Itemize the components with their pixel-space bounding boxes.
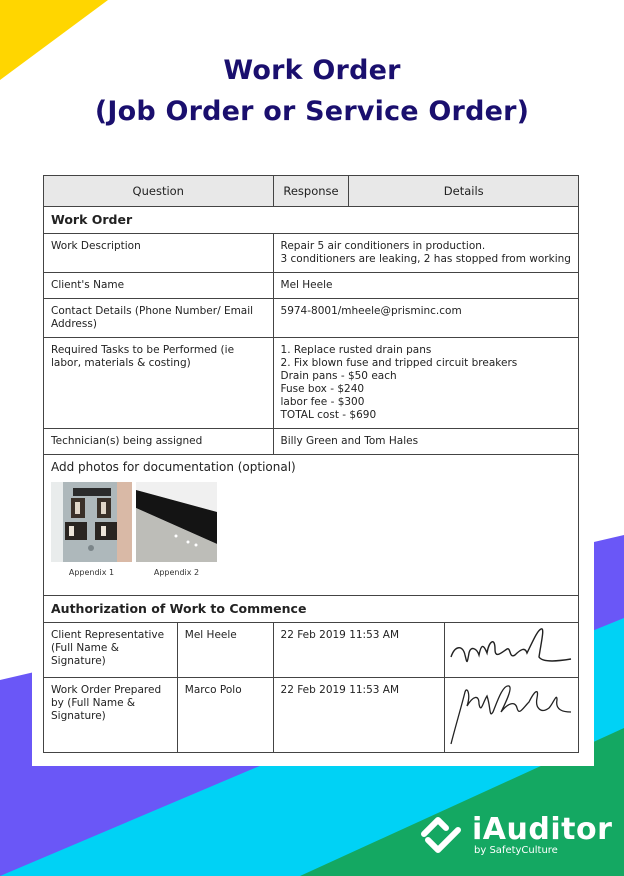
response-required-tasks: 1. Replace rusted drain pans 2. Fix blow… <box>273 338 578 429</box>
response-line: labor fee - $300 <box>281 396 571 409</box>
question-contact-details: Contact Details (Phone Number/ Email Add… <box>44 299 274 338</box>
response-line: Repair 5 air conditioners in production. <box>281 240 571 253</box>
photo-appendix-2[interactable]: Appendix 2 <box>136 482 217 579</box>
brand-logo: iAuditor by SafetyCulture <box>418 812 612 858</box>
table-row: Contact Details (Phone Number/ Email Add… <box>44 299 579 338</box>
response-line: Fuse box - $240 <box>281 383 571 396</box>
table-row: Technician(s) being assigned Billy Green… <box>44 429 579 455</box>
response-line: Drain pans - $50 each <box>281 370 571 383</box>
table-row: Required Tasks to be Performed (ie labor… <box>44 338 579 429</box>
photos-label: Add photos for documentation (optional) <box>51 461 571 474</box>
header-details: Details <box>349 176 579 207</box>
page-subtitle: (Job Order or Service Order) <box>0 96 624 127</box>
photo-caption: Appendix 1 <box>69 566 114 579</box>
response-technicians: Billy Green and Tom Hales <box>273 429 578 455</box>
response-line: 3 conditioners are leaking, 2 has stoppe… <box>281 253 571 266</box>
photos-row: Add photos for documentation (optional) <box>44 455 579 596</box>
signature-icon <box>445 678 577 748</box>
question-technicians: Technician(s) being assigned <box>44 429 274 455</box>
table-row: Work Description Repair 5 air conditione… <box>44 234 579 273</box>
brand-name: iAuditor <box>472 815 612 845</box>
section-title-work-order: Work Order <box>44 207 579 234</box>
photo-appendix-1[interactable]: Appendix 1 <box>51 482 132 579</box>
auth-role: Work Order Prepared by (Full Name & Sign… <box>44 678 178 753</box>
section-title-authorization: Authorization of Work to Commence <box>44 596 579 623</box>
auth-signature[interactable] <box>444 623 578 678</box>
iauditor-check-icon <box>418 812 464 858</box>
response-line: 1. Replace rusted drain pans <box>281 344 571 357</box>
question-client-name: Client's Name <box>44 273 274 299</box>
section-row: Work Order <box>44 207 579 234</box>
table-header-row: Question Response Details <box>44 176 579 207</box>
auth-role: Client Representative (Full Name & Signa… <box>44 623 178 678</box>
response-work-description: Repair 5 air conditioners in production.… <box>273 234 578 273</box>
auth-signature[interactable] <box>444 678 578 753</box>
photo-gallery: Appendix 1 Appendix 2 <box>51 482 571 579</box>
brand-subtitle: by SafetyCulture <box>474 845 612 856</box>
auth-name: Marco Polo <box>177 678 273 753</box>
authorization-row: Client Representative (Full Name & Signa… <box>44 623 579 678</box>
response-line: TOTAL cost - $690 <box>281 409 571 422</box>
header-question: Question <box>44 176 274 207</box>
question-work-description: Work Description <box>44 234 274 273</box>
header-response: Response <box>273 176 349 207</box>
work-order-table: Question Response Details Work Order Wor… <box>43 175 579 753</box>
signature-icon <box>445 623 577 673</box>
page-title: Work Order <box>0 55 624 86</box>
response-client-name: Mel Heele <box>273 273 578 299</box>
auth-name: Mel Heele <box>177 623 273 678</box>
section-row: Authorization of Work to Commence <box>44 596 579 623</box>
response-contact-details: 5974-8001/mheele@prisminc.com <box>273 299 578 338</box>
air-conditioner-drain-pan-photo-icon[interactable] <box>136 482 217 562</box>
auth-datetime: 22 Feb 2019 11:53 AM <box>273 623 444 678</box>
photos-cell: Add photos for documentation (optional) <box>44 455 579 596</box>
authorization-row: Work Order Prepared by (Full Name & Sign… <box>44 678 579 753</box>
fuse-box-photo-icon[interactable] <box>51 482 132 562</box>
work-order-document: Question Response Details Work Order Wor… <box>32 160 594 766</box>
question-required-tasks: Required Tasks to be Performed (ie labor… <box>44 338 274 429</box>
auth-datetime: 22 Feb 2019 11:53 AM <box>273 678 444 753</box>
photo-caption: Appendix 2 <box>154 566 199 579</box>
table-row: Client's Name Mel Heele <box>44 273 579 299</box>
response-line: 2. Fix blown fuse and tripped circuit br… <box>281 357 571 370</box>
